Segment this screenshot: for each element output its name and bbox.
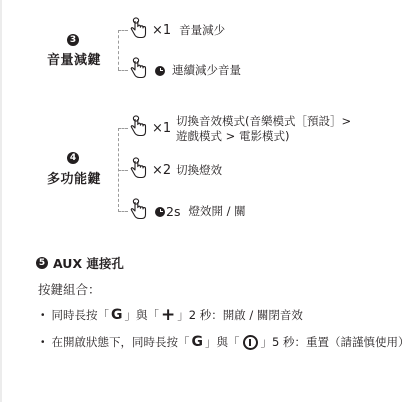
hand-press-icon [130, 57, 148, 79]
action-row: 連續減少音量 [155, 63, 241, 78]
bracket-tick [118, 211, 128, 212]
action-text-multiline: 切換音效模式(音樂模式［預設］> 遊戲模式 > 電影模式) [176, 114, 351, 144]
combo-text: 」2 秒：開啟 / 關閉音效 [177, 307, 303, 323]
combo-text: 」與「 [125, 307, 160, 323]
action-row: ×1 [152, 121, 176, 136]
hand-press-icon [130, 17, 148, 39]
key-combo-title: 按鍵組合： [38, 280, 101, 298]
bracket-line [118, 30, 119, 70]
action-text: 連續減少音量 [172, 63, 241, 78]
bracket-tick [118, 70, 128, 71]
combo-text: 在開啟狀態下，同時長按「 [52, 334, 190, 350]
action-text: 切換燈效 [176, 163, 222, 178]
bullet-dot: ・ [37, 334, 49, 350]
key-plus: + [161, 305, 175, 325]
key-combo-item: ・ 同時長按「 G 」與「 + 」2 秒：開啟 / 關閉音效 [37, 305, 303, 325]
action-text-line: 切換音效模式(音樂模式［預設］> [176, 114, 351, 129]
number-badge-4: 4 [67, 152, 79, 164]
aux-label: AUX 連接孔 [53, 254, 124, 272]
bracket-tick [118, 128, 128, 129]
page-left-border [0, 0, 2, 402]
key-combo-item: ・ 在開啟狀態下，同時長按「 G 」與「 」5 秒：重置（請謹慎使用） [37, 334, 409, 350]
hand-press-icon [130, 198, 148, 220]
action-row: ×2 切換燈效 [152, 163, 222, 178]
combo-text: 」與「 [205, 334, 240, 350]
bullet-dot: ・ [37, 307, 49, 323]
press-count: ×2 [152, 163, 171, 178]
key-g: G [192, 334, 204, 350]
multi-function-label: 多功能鍵 [47, 168, 101, 187]
aux-heading: 5 AUX 連接孔 [36, 254, 124, 272]
number-badge-3: 3 [67, 34, 79, 46]
bracket-tick [118, 170, 128, 171]
hand-press-icon [130, 115, 148, 137]
combo-text: 同時長按「 [52, 307, 110, 323]
volume-down-label: 音量減鍵 [47, 49, 101, 68]
action-text: 音量減少 [179, 23, 225, 38]
action-text: 燈效開 / 關 [188, 204, 245, 219]
number-badge-5: 5 [36, 257, 48, 269]
action-text-line: 遊戲模式 > 電影模式) [176, 129, 351, 144]
power-circle-icon [243, 335, 258, 350]
hand-press-icon [130, 157, 148, 179]
clock-icon [155, 207, 165, 217]
clock-icon [155, 66, 165, 76]
combo-text: 」5 秒：重置（請謹慎使用） [261, 334, 410, 350]
bracket-tick [118, 30, 128, 31]
press-count: ×1 [152, 23, 171, 38]
key-g: G [111, 307, 123, 323]
press-count: ×1 [152, 121, 171, 136]
action-row: ×1 音量減少 [152, 23, 225, 38]
hold-duration: 2s [166, 204, 180, 219]
action-row: 2s 燈效開 / 關 [155, 204, 246, 219]
